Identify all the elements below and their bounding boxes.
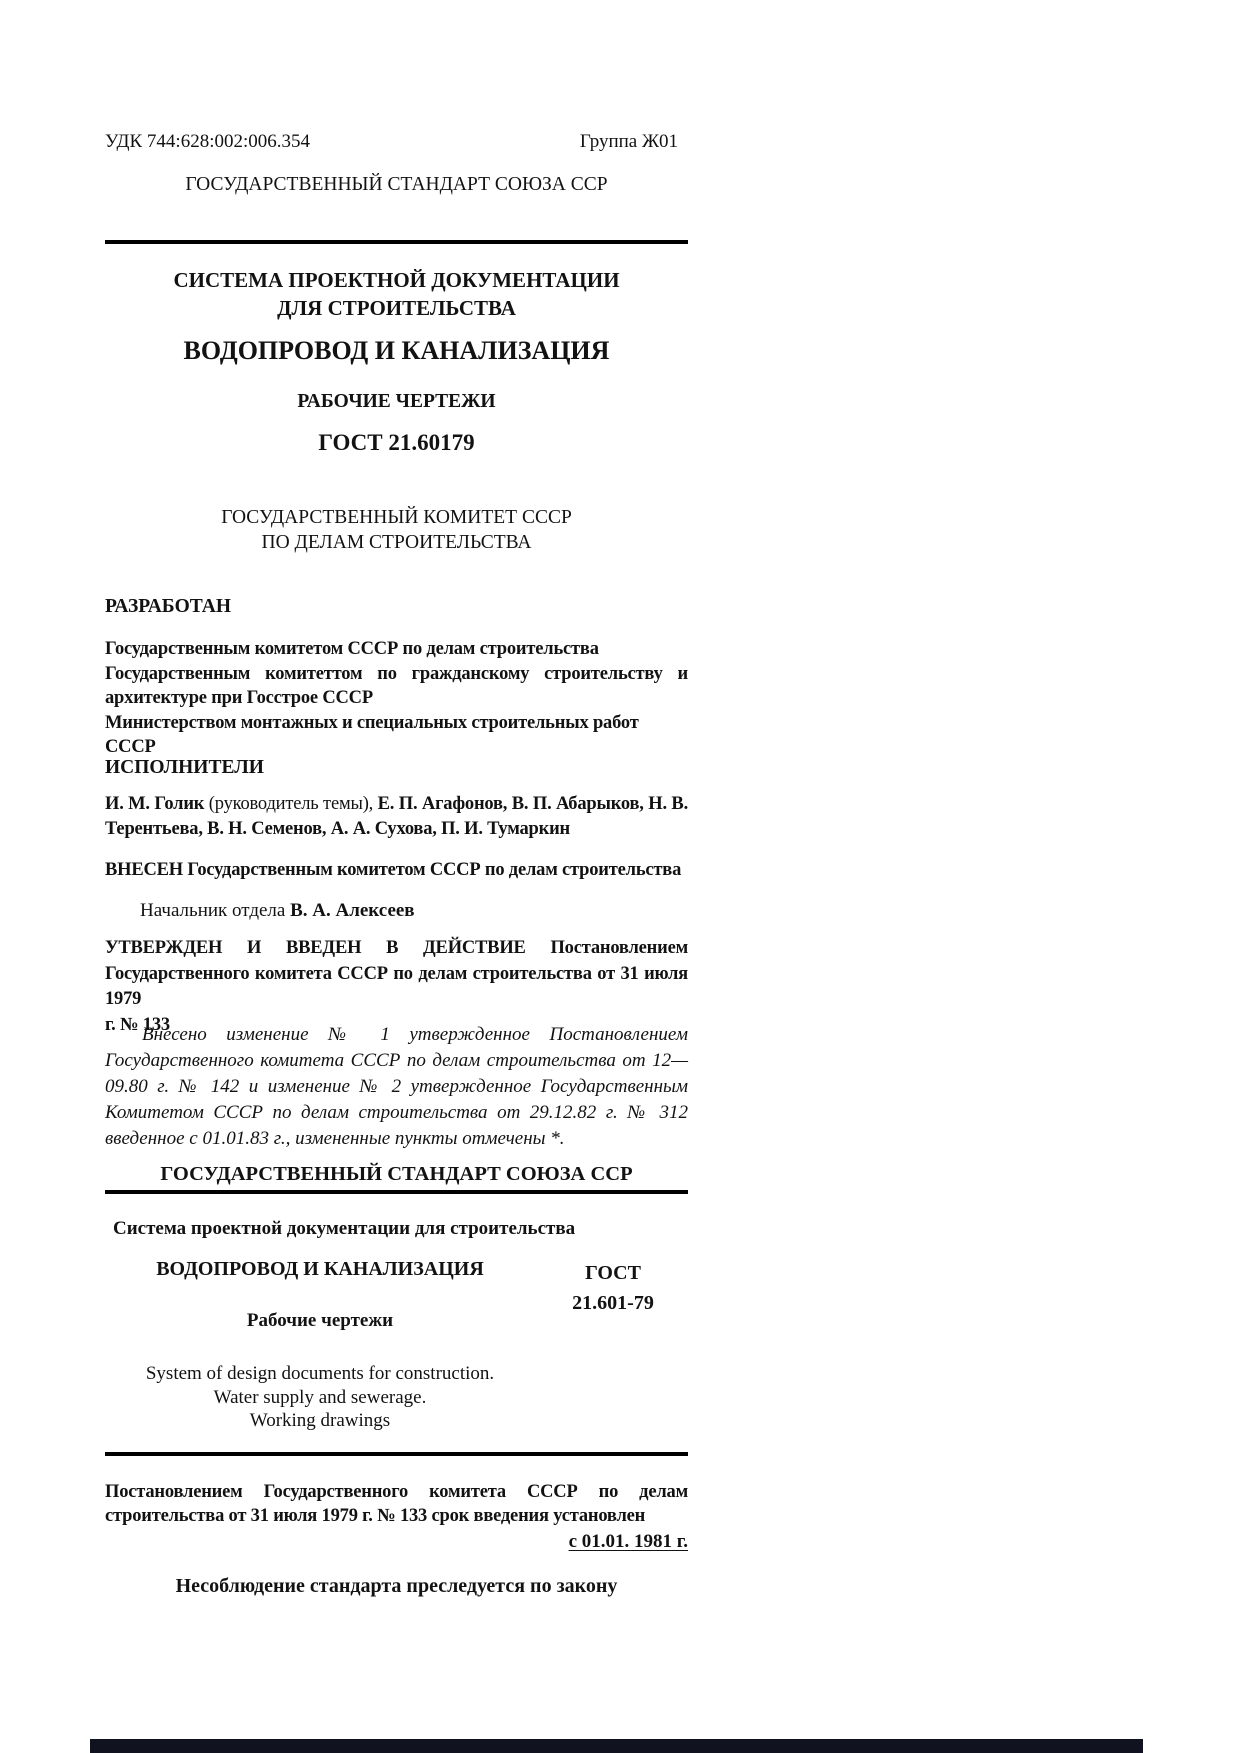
- top-divider-rule: [105, 240, 688, 244]
- union-standard-heading-second: ГОСУДАРСТВЕННЫЙ СТАНДАРТ СОЮЗА ССР: [105, 1163, 688, 1186]
- gost-designation-block: ГОСТ 21.601-79: [538, 1258, 688, 1318]
- amendment-line-5: введенное с 01.01.83 г., измененные пунк…: [105, 1126, 688, 1152]
- english-title-line-1: System of design documents for construct…: [105, 1362, 535, 1386]
- amendment-line-3: 09.80 г. № 142 и изменение № 2 утвержден…: [105, 1074, 688, 1100]
- enactment-paragraph: Постановлением Государственного комитета…: [105, 1480, 688, 1528]
- executor-lead-name: И. М. Голик: [105, 794, 204, 814]
- gost-number: ГОСТ 21.60179: [105, 430, 688, 456]
- executors-list: И. М. Голик (руководитель темы), Е. П. А…: [105, 792, 688, 842]
- legal-warning-line: Несоблюдение стандарта преследуется по з…: [105, 1575, 688, 1598]
- udk-group-row: УДК 744:628:002:006.354 Группа Ж01: [105, 131, 688, 153]
- developed-org-line-1: Государственным комитетом СССР по делам …: [105, 637, 688, 662]
- amendment-line-4: Комитетом СССР по делам строительства от…: [105, 1100, 688, 1126]
- committee-line-2: ПО ДЕЛАМ СТРОИТЕЛЬСТВА: [105, 530, 688, 555]
- developed-org-line-4: Министерством монтажных и специальных ст…: [105, 711, 688, 760]
- union-standard-heading: ГОСУДАРСТВЕННЫЙ СТАНДАРТ СОЮЗА ССР: [105, 174, 688, 196]
- english-title-line-3: Working drawings: [105, 1409, 535, 1433]
- document-subtitle-second: Рабочие чертежи: [105, 1310, 535, 1332]
- executors-line-2: Терентьева, В. Н. Семенов, А. А. Сухова,…: [105, 817, 688, 842]
- system-title-line-1: СИСТЕМА ПРОЕКТНОЙ ДОКУМЕНТАЦИИ: [105, 266, 688, 294]
- approved-line-1: УТВЕРЖДЕН И ВВЕДЕН В ДЕЙСТВИЕ Постановле…: [105, 936, 688, 962]
- enactment-date-line: с 01.01. 1981 г.: [105, 1531, 688, 1553]
- document-title: ВОДОПРОВОД И КАНАЛИЗАЦИЯ: [105, 336, 688, 366]
- system-title: СИСТЕМА ПРОЕКТНОЙ ДОКУМЕНТАЦИИ ДЛЯ СТРОИ…: [105, 266, 688, 322]
- head-of-department-name: В. А. Алексеев: [290, 900, 414, 921]
- developed-org-line-3: архитектуре при Госстрое СССР: [105, 686, 688, 711]
- udk-label: УДК 744:628:002:006.354: [105, 131, 310, 153]
- gost-designation-line-2: 21.601-79: [538, 1288, 688, 1318]
- head-of-department-label: Начальник отдела: [140, 900, 285, 921]
- executors-line-1: И. М. Голик (руководитель темы), Е. П. А…: [105, 792, 688, 817]
- enactment-date: с 01.01. 1981 г.: [569, 1531, 688, 1552]
- submitted-by-line: ВНЕСЕН Государственным комитетом СССР по…: [105, 860, 688, 881]
- document-subtitle: РАБОЧИЕ ЧЕРТЕЖИ: [105, 391, 688, 413]
- committee-line-1: ГОСУДАРСТВЕННЫЙ КОМИТЕТ СССР: [105, 505, 688, 530]
- document-title-second: ВОДОПРОВОД И КАНАЛИЗАЦИЯ: [105, 1258, 535, 1281]
- amendment-line-1: Внесено изменение № 1 утвержденное Поста…: [105, 1022, 688, 1048]
- english-title-line-2: Water supply and sewerage.: [105, 1386, 535, 1410]
- middle-divider-rule: [105, 1190, 688, 1194]
- executor-lead-role: (руководитель темы),: [209, 794, 373, 814]
- approved-line-2: Государственного комитета СССР по делам …: [105, 962, 688, 1013]
- system-of-design-documents-line: Система проектной документации для строи…: [105, 1218, 696, 1240]
- amendment-line-2: Государственного комитета СССР по делам …: [105, 1048, 688, 1074]
- developed-org-line-2: Государственным комитеттом по гражданско…: [105, 662, 688, 687]
- head-of-department-line: Начальник отдела В. А. Алексеев: [105, 900, 688, 922]
- document-page: УДК 744:628:002:006.354 Группа Ж01 ГОСУД…: [0, 0, 1240, 1753]
- committee-name: ГОСУДАРСТВЕННЫЙ КОМИТЕТ СССР ПО ДЕЛАМ СТ…: [105, 505, 688, 555]
- enactment-line-2: строительства от 31 июля 1979 г. № 133 с…: [105, 1504, 688, 1528]
- enactment-line-1: Постановлением Государственного комитета…: [105, 1480, 688, 1504]
- system-title-line-2: ДЛЯ СТРОИТЕЛЬСТВА: [105, 294, 688, 322]
- english-title-block: System of design documents for construct…: [105, 1362, 535, 1433]
- amendment-paragraph: Внесено изменение № 1 утвержденное Поста…: [105, 1022, 688, 1152]
- executors-heading: ИСПОЛНИТЕЛИ: [105, 757, 688, 779]
- developed-heading: РАЗРАБОТАН: [105, 596, 688, 618]
- executors-names-part-1: Е. П. Агафонов, В. П. Абарыков, Н. В.: [378, 794, 688, 814]
- developed-organizations: Государственным комитетом СССР по делам …: [105, 637, 688, 760]
- gost-designation-line-1: ГОСТ: [538, 1258, 688, 1288]
- bottom-divider-rule: [105, 1452, 688, 1456]
- group-label: Группа Ж01: [580, 131, 688, 153]
- bottom-page-bar: [90, 1739, 1143, 1753]
